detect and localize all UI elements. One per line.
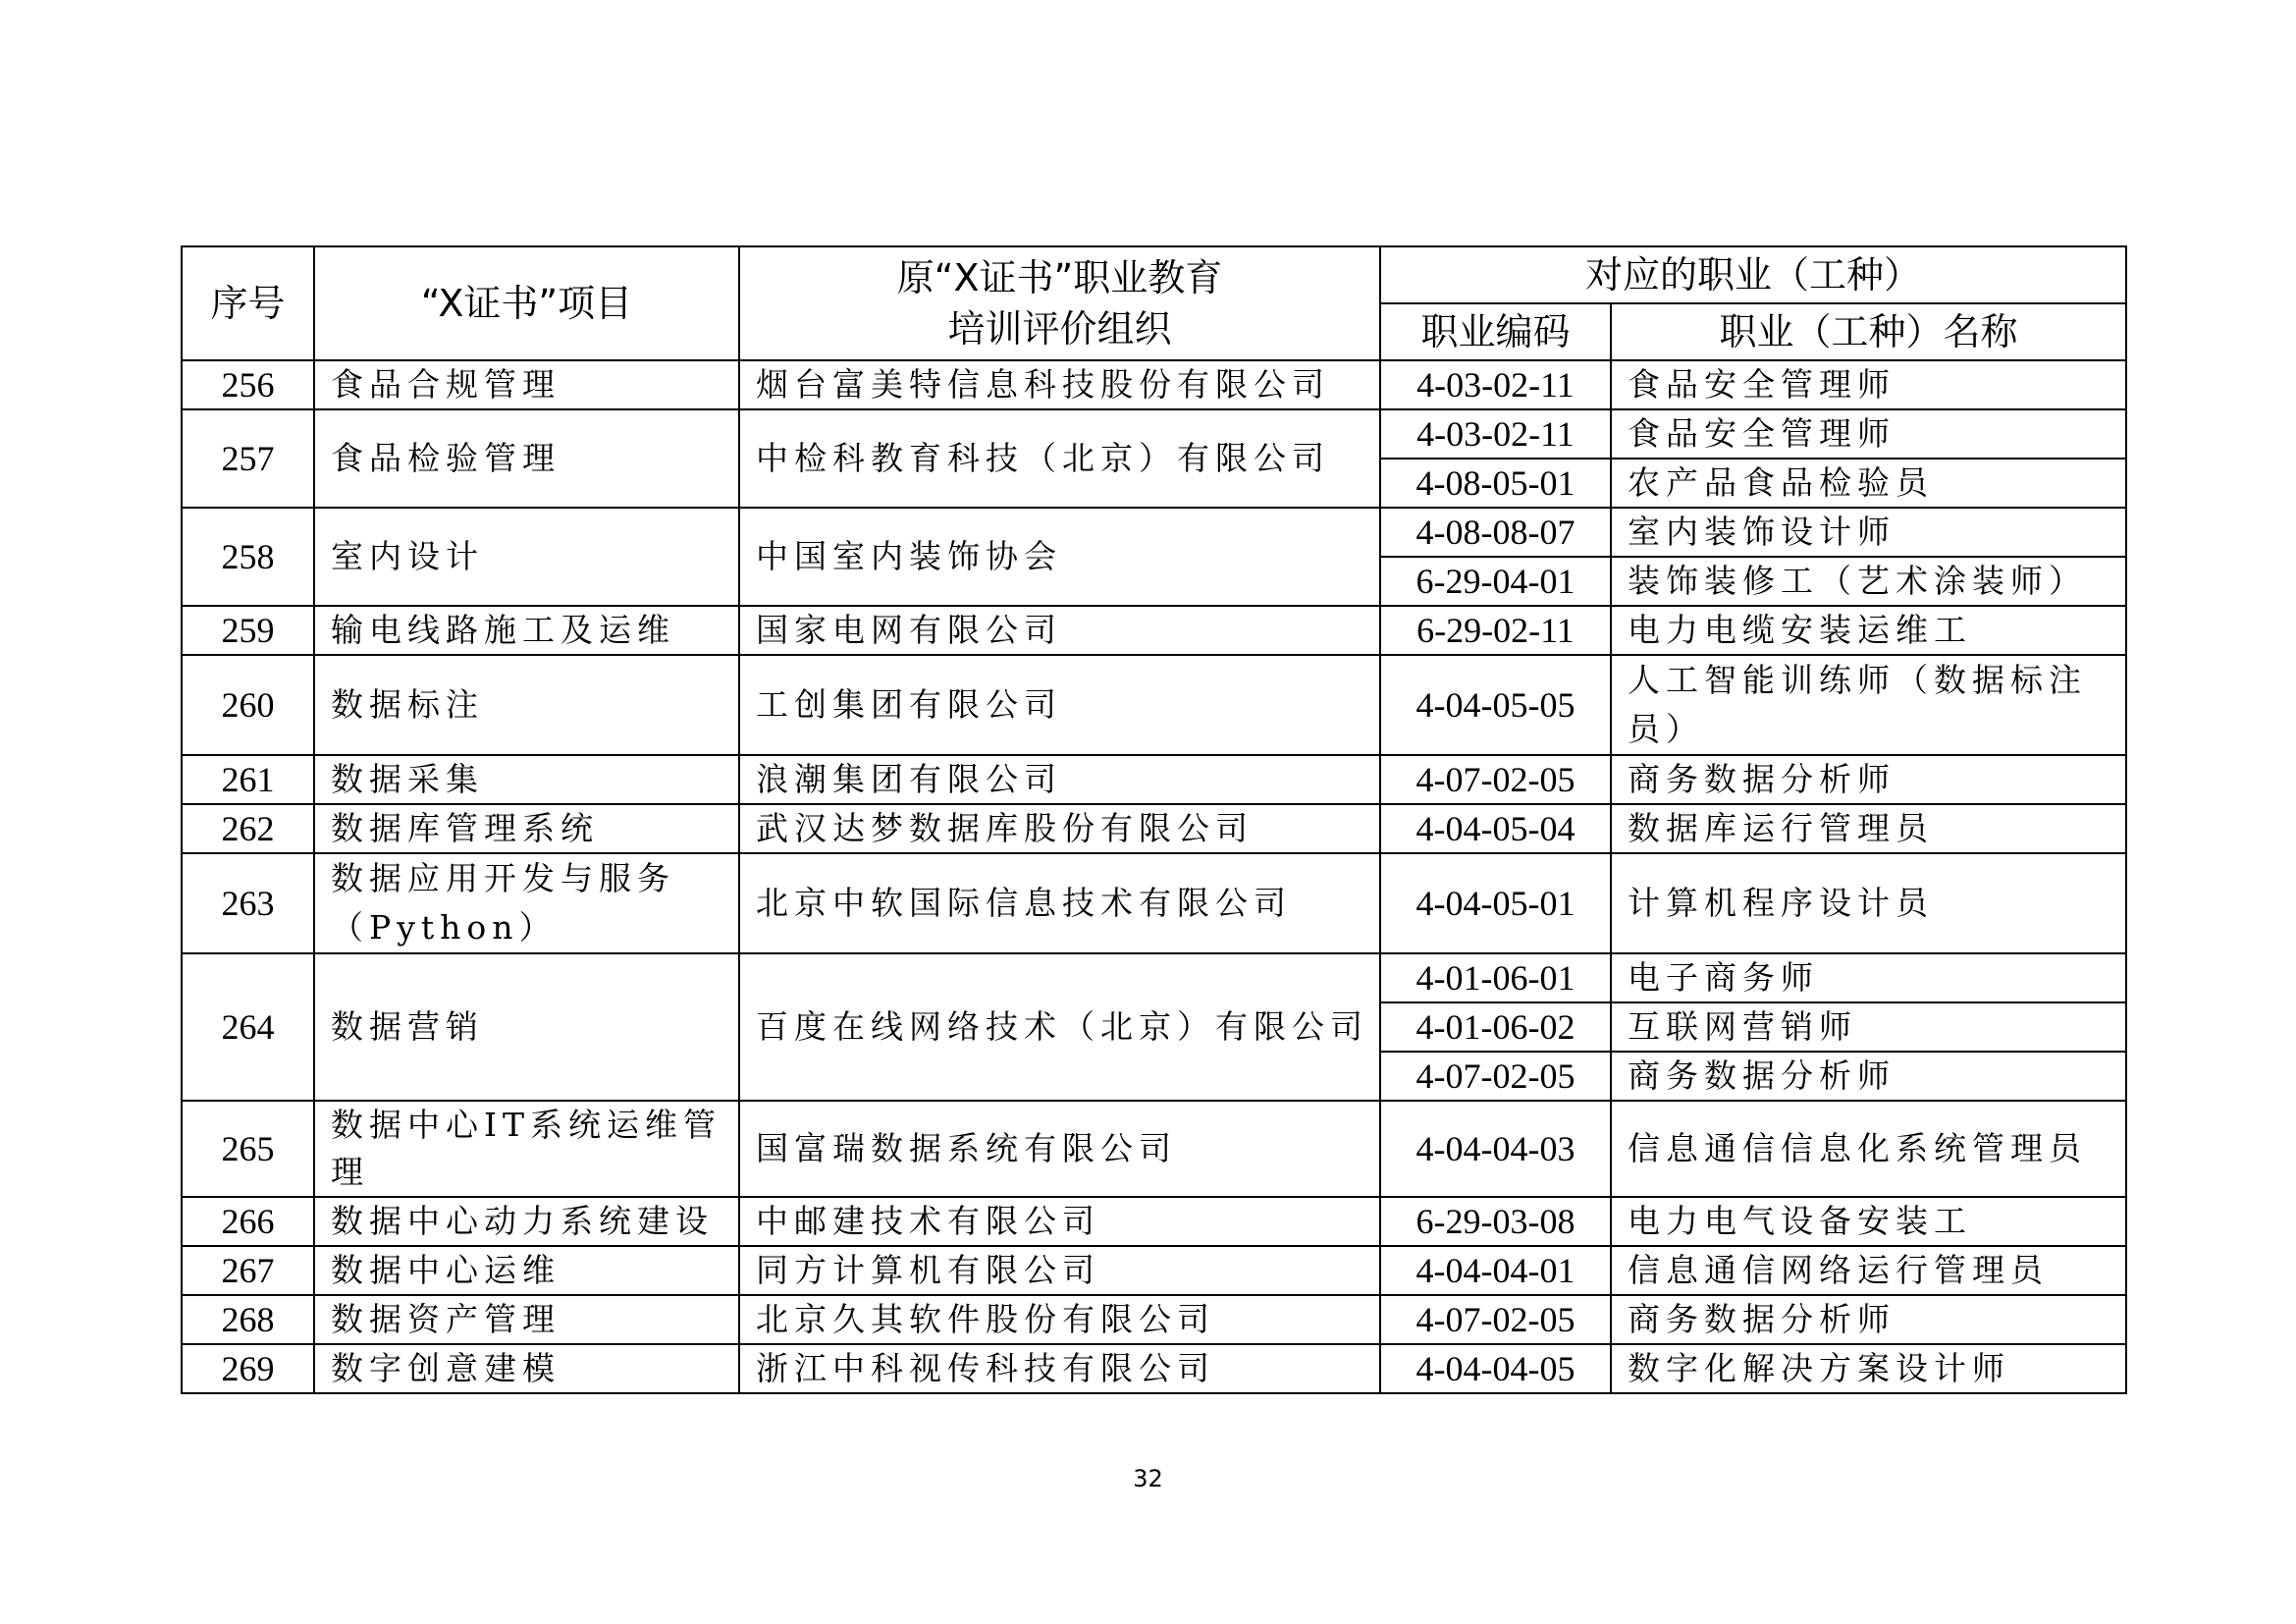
cell-project: 数字创意建模 bbox=[314, 1344, 739, 1393]
cell-occupation-code: 6-29-03-08 bbox=[1380, 1197, 1611, 1246]
table-row: 258室内设计中国室内装饰协会4-08-08-07室内装饰设计师 bbox=[182, 508, 2126, 557]
cell-seq: 260 bbox=[182, 655, 314, 755]
cell-occupation-code: 4-03-02-11 bbox=[1380, 409, 1611, 459]
cell-occupation-code: 4-04-04-05 bbox=[1380, 1344, 1611, 1393]
cell-org: 国富瑞数据系统有限公司 bbox=[739, 1101, 1380, 1197]
table-body: 256食品合规管理烟台富美特信息科技股份有限公司4-03-02-11食品安全管理… bbox=[182, 360, 2126, 1393]
cell-occupation-name: 食品安全管理师 bbox=[1611, 409, 2126, 459]
cell-occupation-name: 电力电缆安装运维工 bbox=[1611, 606, 2126, 655]
cell-project: 食品合规管理 bbox=[314, 360, 739, 409]
cell-project: 数据采集 bbox=[314, 755, 739, 804]
cell-occupation-name: 信息通信网络运行管理员 bbox=[1611, 1246, 2126, 1295]
cell-seq: 257 bbox=[182, 409, 314, 508]
cell-seq: 265 bbox=[182, 1101, 314, 1197]
table-row: 264数据营销百度在线网络技术（北京）有限公司4-01-06-01电子商务师 bbox=[182, 953, 2126, 1002]
cell-occupation-code: 4-07-02-05 bbox=[1380, 1295, 1611, 1344]
cell-occupation-code: 4-04-05-05 bbox=[1380, 655, 1611, 755]
table-header: 序号 “X证书”项目 原“X证书”职业教育 培训评价组织 对应的职业（工种） 职… bbox=[182, 246, 2126, 360]
table-row: 257食品检验管理中检科教育科技（北京）有限公司4-03-02-11食品安全管理… bbox=[182, 409, 2126, 459]
cell-occupation-name: 商务数据分析师 bbox=[1611, 755, 2126, 804]
cell-occupation-name: 电力电气设备安装工 bbox=[1611, 1197, 2126, 1246]
cell-occupation-name: 数字化解决方案设计师 bbox=[1611, 1344, 2126, 1393]
cell-occupation-name: 信息通信信息化系统管理员 bbox=[1611, 1101, 2126, 1197]
table-row: 267数据中心运维同方计算机有限公司4-04-04-01信息通信网络运行管理员 bbox=[182, 1246, 2126, 1295]
cell-org: 中邮建技术有限公司 bbox=[739, 1197, 1380, 1246]
header-occupation-name: 职业（工种）名称 bbox=[1611, 303, 2126, 360]
cell-occupation-code: 4-01-06-02 bbox=[1380, 1002, 1611, 1052]
header-org-line1: 原“X证书”职业教育 bbox=[740, 252, 1379, 303]
cell-project: 数据库管理系统 bbox=[314, 804, 739, 853]
header-seq: 序号 bbox=[182, 246, 314, 360]
cell-seq: 266 bbox=[182, 1197, 314, 1246]
cell-occupation-name: 数据库运行管理员 bbox=[1611, 804, 2126, 853]
x-certificate-table: 序号 “X证书”项目 原“X证书”职业教育 培训评价组织 对应的职业（工种） 职… bbox=[181, 245, 2127, 1394]
cell-occupation-name: 人工智能训练师（数据标注员） bbox=[1611, 655, 2126, 755]
cell-project: 数据营销 bbox=[314, 953, 739, 1101]
table-row: 260数据标注工创集团有限公司4-04-05-05人工智能训练师（数据标注员） bbox=[182, 655, 2126, 755]
cell-org: 北京中软国际信息技术有限公司 bbox=[739, 853, 1380, 953]
cell-org: 武汉达梦数据库股份有限公司 bbox=[739, 804, 1380, 853]
cell-occupation-name: 装饰装修工（艺术涂装师） bbox=[1611, 557, 2126, 606]
table-row: 261数据采集浪潮集团有限公司4-07-02-05商务数据分析师 bbox=[182, 755, 2126, 804]
cell-occupation-name: 食品安全管理师 bbox=[1611, 360, 2126, 409]
table-row: 268数据资产管理北京久其软件股份有限公司4-07-02-05商务数据分析师 bbox=[182, 1295, 2126, 1344]
cell-occupation-code: 4-04-05-04 bbox=[1380, 804, 1611, 853]
cell-occupation-code: 4-04-04-03 bbox=[1380, 1101, 1611, 1197]
cell-occupation-name: 商务数据分析师 bbox=[1611, 1295, 2126, 1344]
cell-org: 百度在线网络技术（北京）有限公司 bbox=[739, 953, 1380, 1101]
cell-org: 国家电网有限公司 bbox=[739, 606, 1380, 655]
table-row: 265数据中心IT系统运维管理国富瑞数据系统有限公司4-04-04-03信息通信… bbox=[182, 1101, 2126, 1197]
cell-occupation-code: 4-04-05-01 bbox=[1380, 853, 1611, 953]
cell-org: 中检科教育科技（北京）有限公司 bbox=[739, 409, 1380, 508]
table-row: 262数据库管理系统武汉达梦数据库股份有限公司4-04-05-04数据库运行管理… bbox=[182, 804, 2126, 853]
table-row: 256食品合规管理烟台富美特信息科技股份有限公司4-03-02-11食品安全管理… bbox=[182, 360, 2126, 409]
cell-seq: 263 bbox=[182, 853, 314, 953]
cell-occupation-code: 4-04-04-01 bbox=[1380, 1246, 1611, 1295]
cell-org: 同方计算机有限公司 bbox=[739, 1246, 1380, 1295]
cell-project: 数据应用开发与服务（Python） bbox=[314, 853, 739, 953]
header-occupation-group: 对应的职业（工种） bbox=[1380, 246, 2126, 303]
cell-project: 室内设计 bbox=[314, 508, 739, 606]
header-org: 原“X证书”职业教育 培训评价组织 bbox=[739, 246, 1380, 360]
cell-occupation-code: 4-07-02-05 bbox=[1380, 755, 1611, 804]
cell-occupation-name: 农产品食品检验员 bbox=[1611, 459, 2126, 508]
cell-occupation-code: 6-29-04-01 bbox=[1380, 557, 1611, 606]
cell-org: 烟台富美特信息科技股份有限公司 bbox=[739, 360, 1380, 409]
cell-seq: 259 bbox=[182, 606, 314, 655]
cell-seq: 268 bbox=[182, 1295, 314, 1344]
cell-project: 数据中心运维 bbox=[314, 1246, 739, 1295]
cell-seq: 262 bbox=[182, 804, 314, 853]
cell-org: 浪潮集团有限公司 bbox=[739, 755, 1380, 804]
cell-org: 北京久其软件股份有限公司 bbox=[739, 1295, 1380, 1344]
page-number: 32 bbox=[0, 1465, 2296, 1492]
cell-project: 数据中心动力系统建设 bbox=[314, 1197, 739, 1246]
table-row: 263数据应用开发与服务（Python）北京中软国际信息技术有限公司4-04-0… bbox=[182, 853, 2126, 953]
cell-seq: 267 bbox=[182, 1246, 314, 1295]
cell-occupation-code: 4-08-05-01 bbox=[1380, 459, 1611, 508]
cell-occupation-name: 电子商务师 bbox=[1611, 953, 2126, 1002]
table-row: 259输电线路施工及运维国家电网有限公司6-29-02-11电力电缆安装运维工 bbox=[182, 606, 2126, 655]
cell-seq: 261 bbox=[182, 755, 314, 804]
table-row: 266数据中心动力系统建设中邮建技术有限公司6-29-03-08电力电气设备安装… bbox=[182, 1197, 2126, 1246]
header-org-line2: 培训评价组织 bbox=[740, 303, 1379, 354]
cell-occupation-name: 互联网营销师 bbox=[1611, 1002, 2126, 1052]
cell-project: 数据资产管理 bbox=[314, 1295, 739, 1344]
cell-project: 数据标注 bbox=[314, 655, 739, 755]
cell-occupation-code: 4-07-02-05 bbox=[1380, 1052, 1611, 1101]
cell-org: 中国室内装饰协会 bbox=[739, 508, 1380, 606]
cell-occupation-name: 室内装饰设计师 bbox=[1611, 508, 2126, 557]
cell-org: 工创集团有限公司 bbox=[739, 655, 1380, 755]
cell-occupation-code: 6-29-02-11 bbox=[1380, 606, 1611, 655]
cell-project: 食品检验管理 bbox=[314, 409, 739, 508]
cell-seq: 269 bbox=[182, 1344, 314, 1393]
cell-seq: 256 bbox=[182, 360, 314, 409]
cell-seq: 264 bbox=[182, 953, 314, 1101]
cell-occupation-name: 商务数据分析师 bbox=[1611, 1052, 2126, 1101]
cell-occupation-name: 计算机程序设计员 bbox=[1611, 853, 2126, 953]
cell-project: 数据中心IT系统运维管理 bbox=[314, 1101, 739, 1197]
header-project: “X证书”项目 bbox=[314, 246, 739, 360]
cell-occupation-code: 4-08-08-07 bbox=[1380, 508, 1611, 557]
cell-project: 输电线路施工及运维 bbox=[314, 606, 739, 655]
table-row: 269数字创意建模浙江中科视传科技有限公司4-04-04-05数字化解决方案设计… bbox=[182, 1344, 2126, 1393]
header-occupation-code: 职业编码 bbox=[1380, 303, 1611, 360]
cell-occupation-code: 4-01-06-01 bbox=[1380, 953, 1611, 1002]
cell-occupation-code: 4-03-02-11 bbox=[1380, 360, 1611, 409]
cell-seq: 258 bbox=[182, 508, 314, 606]
cell-org: 浙江中科视传科技有限公司 bbox=[739, 1344, 1380, 1393]
